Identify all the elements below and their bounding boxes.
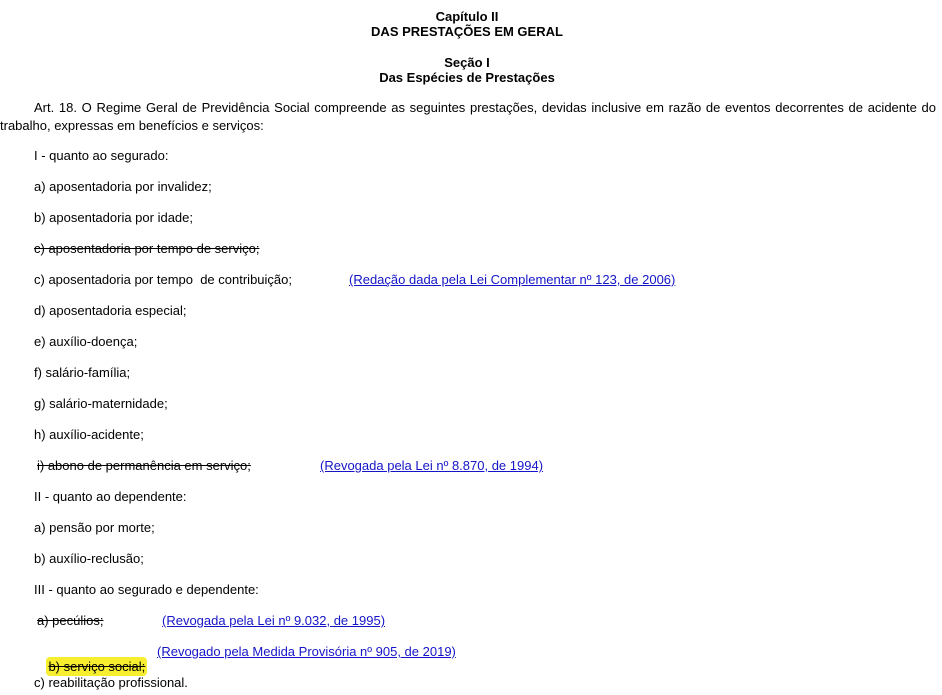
list-item: a) pensão por morte; [34,520,155,535]
list-item: b) aposentadoria por idade; [34,210,193,225]
list-item: c) reabilitação profissional. [34,675,188,690]
list-item: b) auxílio-reclusão; [34,551,144,566]
list-item: g) salário-maternidade; [34,396,168,411]
highlighted-text: b) serviço social; [48,659,145,674]
revocation-link[interactable]: (Revogada pela Lei nº 8.870, de 1994) [320,458,543,473]
list-item: d) aposentadoria especial; [34,303,187,318]
chapter-label: Capítulo II [0,9,934,24]
list-item: I - quanto ao segurado: [34,148,168,163]
list-item-revoked: a) pecúlios; [37,613,103,628]
list-item: II - quanto ao dependente: [34,489,187,504]
list-item: f) salário-família; [34,365,130,380]
list-item: h) auxílio-acidente; [34,427,144,442]
revocation-link[interactable]: (Revogado pela Medida Provisória nº 905,… [157,644,456,659]
list-item: e) auxílio-doença; [34,334,137,349]
section-label: Seção I [0,55,934,70]
list-item: III - quanto ao segurado e dependente: [34,582,259,597]
list-item-revoked: i) abono de permanência em serviço; [37,458,251,473]
amendment-link[interactable]: (Redação dada pela Lei Complementar nº 1… [349,272,675,287]
chapter-title: DAS PRESTAÇÕES EM GERAL [0,24,934,39]
revocation-link[interactable]: (Revogada pela Lei nº 9.032, de 1995) [162,613,385,628]
section-title: Das Espécies de Prestações [0,70,934,85]
list-item: a) aposentadoria por invalidez; [34,179,212,194]
list-item-revoked: c) aposentadoria por tempo de serviço; [34,241,259,256]
list-item: c) aposentadoria por tempo de contribuiç… [34,272,292,287]
article-caput: Art. 18. O Regime Geral de Previdência S… [0,99,936,135]
